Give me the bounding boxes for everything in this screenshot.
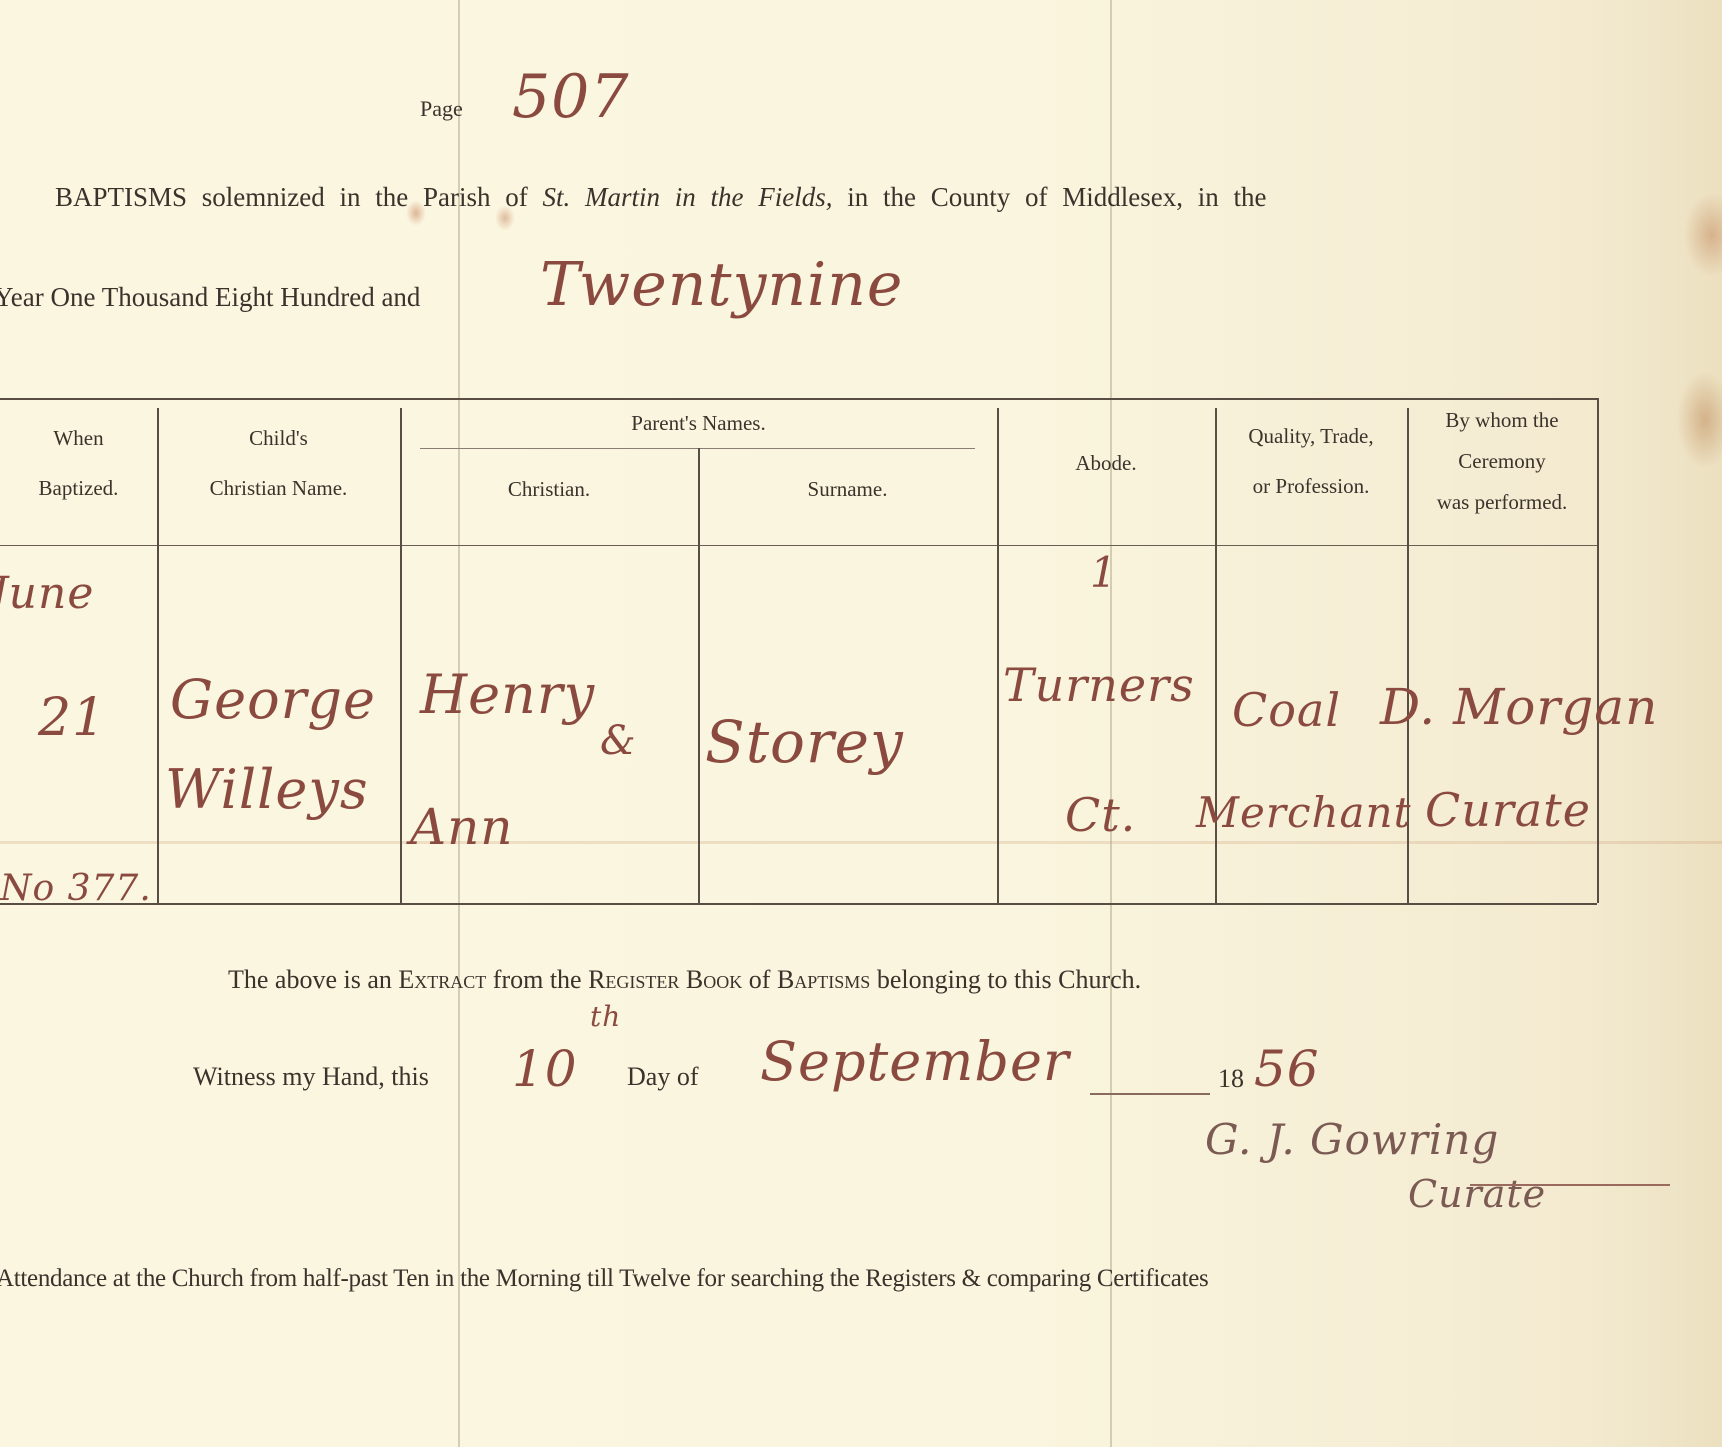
month-underline: [1090, 1093, 1210, 1095]
witness-label: Witness my Hand, this: [193, 1062, 429, 1092]
year-prefix: Year One Thousand Eight Hundred and: [0, 282, 420, 313]
day-of-label: Day of: [627, 1062, 698, 1092]
table-bottom-border: [0, 903, 1597, 905]
header-bottom-border: [0, 545, 1597, 546]
page-label: Page: [420, 96, 463, 122]
abode-line-1: Turners: [1003, 658, 1195, 712]
abode-line-2: Ct.: [1065, 788, 1136, 842]
header-when-baptized: When Baptized.: [0, 413, 157, 513]
witness-month: September: [760, 1030, 1070, 1093]
witness-year-handwritten: 56: [1254, 1040, 1320, 1098]
parish-name: St. Martin in the Fields,: [543, 182, 833, 212]
header-parents-names: Parent's Names.: [400, 398, 997, 448]
year-handwritten: Twentynine: [540, 250, 903, 320]
entry-number: No 377.: [0, 868, 152, 909]
child-second-name: Willeys: [165, 758, 369, 821]
child-first-name: George: [170, 668, 376, 731]
extract-statement: The above is an Extract from the Registe…: [228, 965, 1141, 995]
witness-day: 10: [512, 1040, 578, 1098]
parent-surname: Storey: [705, 708, 904, 776]
page-number: 507: [512, 62, 630, 132]
officiant-name: D. Morgan: [1380, 678, 1658, 736]
mother-name: Ann: [410, 798, 514, 856]
witness-day-suffix: th: [590, 1000, 621, 1033]
signature-flourish: [1470, 1184, 1670, 1186]
signature-title: Curate: [1408, 1172, 1546, 1216]
witness-year-prefix: 18: [1218, 1064, 1244, 1094]
title-text-2: in the County of Middlesex, in the: [847, 182, 1266, 212]
header-quality-trade: Quality, Trade, or Profession.: [1215, 411, 1407, 511]
attendance-notice: Attendance at the Church from half-past …: [0, 1265, 1208, 1293]
entry-month: June: [0, 568, 94, 619]
header-parent-christian: Christian.: [400, 464, 698, 514]
abode-number: 1: [1090, 548, 1118, 597]
trade-line-1: Coal: [1232, 683, 1341, 737]
header-officiant: By whom the Ceremony was performed.: [1407, 400, 1597, 523]
officiant-title: Curate: [1425, 783, 1591, 837]
baptisms-word: Baptisms: [777, 965, 870, 994]
title-baptisms: BAPTISMS: [55, 182, 187, 212]
baptism-register-table: When Baptized. Child's Christian Name. P…: [0, 398, 1597, 903]
column-divider: [698, 448, 700, 903]
signature-name: G. J. Gowring: [1205, 1115, 1499, 1164]
entry-day: 21: [38, 688, 106, 748]
register-book-word: Register Book: [588, 965, 742, 994]
parents-ampersand: &: [600, 718, 637, 764]
title-text: solemnized in the Parish of: [202, 182, 528, 212]
father-name: Henry: [420, 663, 595, 726]
table-right-border: [1597, 398, 1599, 903]
header-child-name: Child's Christian Name.: [157, 413, 400, 513]
trade-line-2: Merchant: [1196, 788, 1411, 837]
extract-word: Extract: [398, 965, 486, 994]
header-parent-surname: Surname.: [698, 464, 997, 514]
document-title: BAPTISMS solemnized in the Parish of St.…: [55, 182, 1266, 213]
header-abode: Abode.: [997, 438, 1215, 488]
